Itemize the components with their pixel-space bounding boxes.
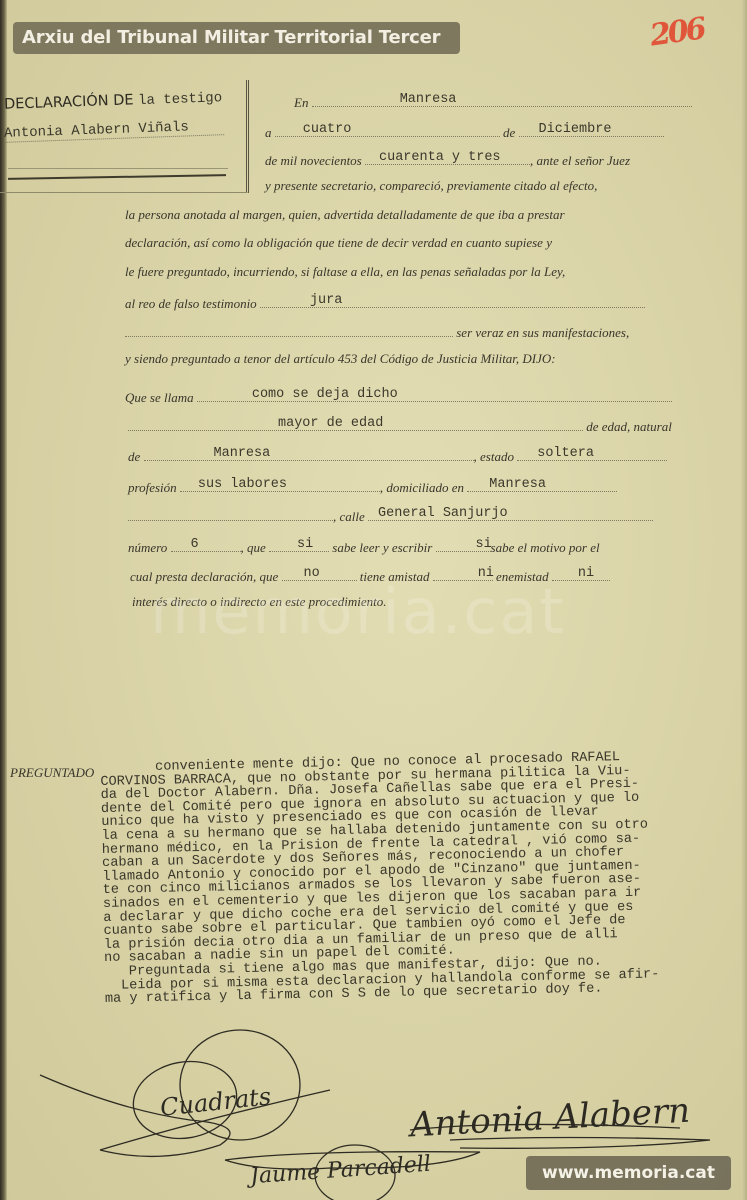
watermark-center: memoria.cat: [150, 575, 566, 648]
field-year: cuarenta y tres: [365, 150, 530, 165]
field-day: cuatro: [275, 122, 500, 137]
form-line-presente: y presente secretario, compareció, previ…: [265, 178, 597, 194]
field-estado: soltera: [517, 446, 667, 461]
form-line-persona: la persona anotada al margen, quien, adv…: [125, 207, 565, 223]
value-domicilio: Manresa: [489, 477, 546, 492]
form-line-declaracion: declaración, así como la obligación que …: [125, 235, 552, 251]
label-sabe-motivo: sabe el motivo por el: [491, 540, 600, 555]
label-veraz: ser veraz en sus manifestaciones,: [456, 325, 629, 340]
signature-judge: Cuadrats: [159, 1082, 273, 1121]
label-de: de: [503, 125, 515, 140]
form-line-veraz: ser veraz en sus manifestaciones,: [125, 322, 629, 341]
form-line-calle: , calle General Sanjurjo: [128, 506, 653, 525]
value-age: mayor de edad: [278, 416, 383, 431]
label-llama: Que se llama: [125, 390, 194, 405]
value-calle: General Sanjurjo: [378, 506, 508, 521]
value-oath: jura: [310, 293, 342, 308]
value-numero: 6: [191, 537, 199, 552]
declaration-title-typed: la testigo: [138, 90, 223, 109]
form-line-siendo: y siendo preguntado a tenor del artículo…: [125, 351, 556, 367]
label-que: , que: [241, 540, 266, 555]
preguntado-label: PREGUNTADO: [10, 765, 94, 781]
margin-divider: [8, 168, 228, 169]
label-en: En: [294, 95, 308, 110]
value-estado: soltera: [537, 446, 594, 461]
value-birthplace: Manresa: [214, 446, 271, 461]
field-profesion: sus labores: [180, 477, 380, 492]
declaration-title-printed: DECLARACIÓN DE: [4, 92, 134, 113]
label-natural-de: de: [128, 449, 140, 464]
value-year: cuarenta y tres: [379, 150, 501, 165]
value-sabe-leer: si: [297, 537, 313, 552]
field-birthplace: Manresa: [144, 446, 474, 461]
label-edad: de edad, natural: [586, 419, 672, 434]
signature-witness: Antonia Alabern: [409, 1091, 691, 1146]
value-profesion: sus labores: [198, 477, 287, 492]
value-name: como se deja dicho: [252, 387, 398, 402]
form-line-place: En Manresa: [294, 92, 692, 111]
form-line-numero: número 6, que si sabe leer y escribir si…: [128, 537, 600, 556]
label-estado: , estado: [474, 449, 514, 464]
signature-secretary: Jaume Parcadell: [249, 1152, 431, 1190]
testimony-text: conveniente mente dijo: Que no conoce al…: [100, 748, 747, 1006]
label-a: a: [265, 125, 272, 140]
form-line-date: a cuatro de Diciembre: [265, 122, 664, 141]
field-oath: jura: [260, 293, 645, 308]
field-name: como se deja dicho: [197, 387, 672, 402]
page-edge: [741, 0, 747, 1200]
field-calle: General Sanjurjo: [368, 506, 653, 521]
folio-number: 206: [648, 11, 706, 53]
label-sabe-leer: sabe leer y escribir: [332, 540, 432, 555]
field-sabe-leer: si: [269, 537, 329, 552]
document-page: Arxiu del Tribunal Militar Territorial T…: [0, 0, 747, 1200]
form-line-name: Que se llama como se deja dicho: [125, 387, 672, 406]
value-interes: ni: [578, 566, 594, 581]
label-numero: número: [128, 540, 167, 555]
label-reo: al reo de falso testimonio: [125, 296, 257, 311]
footer-watermark: www.memoria.cat: [526, 1156, 731, 1190]
field-month: Diciembre: [519, 122, 664, 137]
form-line-age: mayor de edad de edad, natural: [128, 416, 672, 435]
form-line-profesion: profesión sus labores, domiciliado en Ma…: [128, 477, 617, 496]
archive-banner: Arxiu del Tribunal Militar Territorial T…: [13, 22, 460, 54]
field-oath-cont: [125, 322, 453, 337]
field-calle-pre: [128, 506, 333, 521]
label-year: de mil novecientos: [265, 153, 362, 168]
form-line-fuere: le fuere preguntado, incurriendo, si fal…: [125, 264, 565, 280]
value-month: Diciembre: [539, 122, 612, 137]
form-line-reo: al reo de falso testimonio jura: [125, 293, 645, 312]
label-ante: , ante el señor Juez: [530, 153, 630, 168]
value-sabe-motivo: si: [476, 537, 492, 552]
value-day: cuatro: [303, 122, 352, 137]
label-calle: , calle: [333, 509, 365, 524]
field-age: mayor de edad: [128, 416, 583, 431]
label-domicilio: , domiciliado en: [380, 480, 464, 495]
form-line-birthplace: de Manresa, estado soltera: [128, 446, 667, 465]
value-place: Manresa: [400, 92, 457, 107]
field-domicilio: Manresa: [467, 477, 617, 492]
label-profesion: profesión: [128, 480, 177, 495]
field-place: Manresa: [312, 92, 692, 107]
field-numero: 6: [171, 537, 241, 552]
form-line-year: de mil novecientos cuarenta y tres, ante…: [265, 150, 630, 169]
field-sabe-motivo: si: [436, 537, 491, 552]
